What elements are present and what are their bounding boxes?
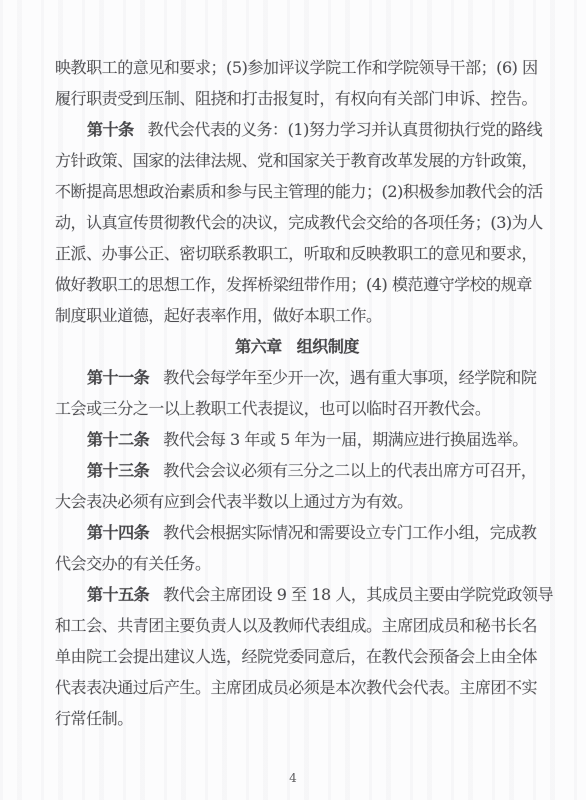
line-text: 教代会代表的义务：(1)努力学习并认真贯彻执行党的路线 <box>148 120 543 139</box>
text-line: 工会或三分之一以上教职工代表提议，也可以临时召开教代会。 <box>55 393 539 424</box>
article-number: 第十二条 <box>87 430 149 449</box>
text-line: 第十一条教代会每学年至少开一次，遇有重大事项，经学院和院 <box>55 362 539 393</box>
line-text: 教代会会议必须有三分之二以上的代表出席方可召开， <box>163 461 536 480</box>
text-line: 行常任制。 <box>55 703 539 734</box>
text-line: 大会表决必须有应到会代表半数以上通过方为有效。 <box>55 486 539 517</box>
line-text: 动，认真宣传贯彻教代会的决议，完成教代会交给的各项任务；(3)为人 <box>55 213 543 232</box>
line-text: 不断提高思想政治素质和参与民主管理的能力；(2)积极参加教代会的活 <box>55 182 543 201</box>
text-line: 方针政策、国家的法律法规、党和国家关于教育改革发展的方针政策， <box>55 145 539 176</box>
line-text: 行常任制。 <box>55 709 133 728</box>
chapter-number: 第六章 <box>235 337 282 356</box>
text-line: 第十三条教代会会议必须有三分之二以上的代表出席方可召开， <box>55 455 539 486</box>
document-page: 映教职工的意见和要求；(5)参加评议学院工作和学院领导干部；(6) 因履行职责受… <box>0 0 586 800</box>
line-text: 教代会主席团设 9 至 18 人，其成员主要由学院党政领导 <box>163 585 553 604</box>
line-text: 制度职业道德，起好表率作用，做好本职工作。 <box>55 306 382 325</box>
text-line: 做好教职工的思想工作，发挥桥梁纽带作用；(4) 模范遵守学校的规章 <box>55 269 539 300</box>
line-text: 方针政策、国家的法律法规、党和国家关于教育改革发展的方针政策， <box>55 151 537 170</box>
line-text: 做好教职工的思想工作，发挥桥梁纽带作用；(4) 模范遵守学校的规章 <box>55 275 532 294</box>
text-line: 映教职工的意见和要求；(5)参加评议学院工作和学院领导干部；(6) 因 <box>55 52 539 83</box>
text-block: 映教职工的意见和要求；(5)参加评议学院工作和学院领导干部；(6) 因履行职责受… <box>55 52 539 734</box>
text-line: 代会交办的有关任务。 <box>55 548 539 579</box>
line-text: 代表表决通过后产生。主席团成员必须是本次教代会代表。主席团不实 <box>55 678 537 697</box>
line-text: 和工会、共青团主要负责人以及教师代表组成。主席团成员和秘书长名 <box>55 616 537 635</box>
article-number: 第十三条 <box>87 461 149 480</box>
text-line: 第十二条教代会每 3 年或 5 年为一届，期满应进行换届选举。 <box>55 424 539 455</box>
line-text: 履行职责受到压制、阻挠和打击报复时，有权向有关部门申诉、控告。 <box>55 89 537 108</box>
chapter-heading: 第六章组织制度 <box>55 331 539 362</box>
text-line: 代表表决通过后产生。主席团成员必须是本次教代会代表。主席团不实 <box>55 672 539 703</box>
text-line: 正派、办事公正、密切联系教职工，听取和反映教职工的意见和要求， <box>55 238 539 269</box>
line-text: 教代会每 3 年或 5 年为一届，期满应进行换届选举。 <box>163 430 528 449</box>
article-number: 第十四条 <box>87 523 149 542</box>
article-number: 第十条 <box>87 120 134 139</box>
text-line: 不断提高思想政治素质和参与民主管理的能力；(2)积极参加教代会的活 <box>55 176 539 207</box>
page-number: 4 <box>0 771 586 785</box>
text-line: 履行职责受到压制、阻挠和打击报复时，有权向有关部门申诉、控告。 <box>55 83 539 114</box>
text-line: 制度职业道德，起好表率作用，做好本职工作。 <box>55 300 539 331</box>
line-text: 组织制度 <box>297 337 359 356</box>
text-line: 和工会、共青团主要负责人以及教师代表组成。主席团成员和秘书长名 <box>55 610 539 641</box>
article-number: 第十一条 <box>87 368 149 387</box>
text-line: 第十四条教代会根据实际情况和需要设立专门工作小组，完成教 <box>55 517 539 548</box>
line-text: 单由院工会提出建议人选，经院党委同意后，在教代会预备会上由全体 <box>55 647 537 666</box>
line-text: 大会表决必须有应到会代表半数以上通过方为有效。 <box>55 492 413 511</box>
line-text: 正派、办事公正、密切联系教职工，听取和反映教职工的意见和要求， <box>55 244 537 263</box>
text-line: 第十五条教代会主席团设 9 至 18 人，其成员主要由学院党政领导 <box>55 579 539 610</box>
text-line: 单由院工会提出建议人选，经院党委同意后，在教代会预备会上由全体 <box>55 641 539 672</box>
line-text: 代会交办的有关任务。 <box>55 554 211 573</box>
text-line: 第十条教代会代表的义务：(1)努力学习并认真贯彻执行党的路线 <box>55 114 539 145</box>
line-text: 教代会每学年至少开一次，遇有重大事项，经学院和院 <box>163 368 536 387</box>
line-text: 教代会根据实际情况和需要设立专门工作小组，完成教 <box>163 523 536 542</box>
article-number: 第十五条 <box>87 585 149 604</box>
text-line: 动，认真宣传贯彻教代会的决议，完成教代会交给的各项任务；(3)为人 <box>55 207 539 238</box>
line-text: 映教职工的意见和要求；(5)参加评议学院工作和学院领导干部；(6) 因 <box>55 58 538 77</box>
line-text: 工会或三分之一以上教职工代表提议，也可以临时召开教代会。 <box>55 399 490 418</box>
